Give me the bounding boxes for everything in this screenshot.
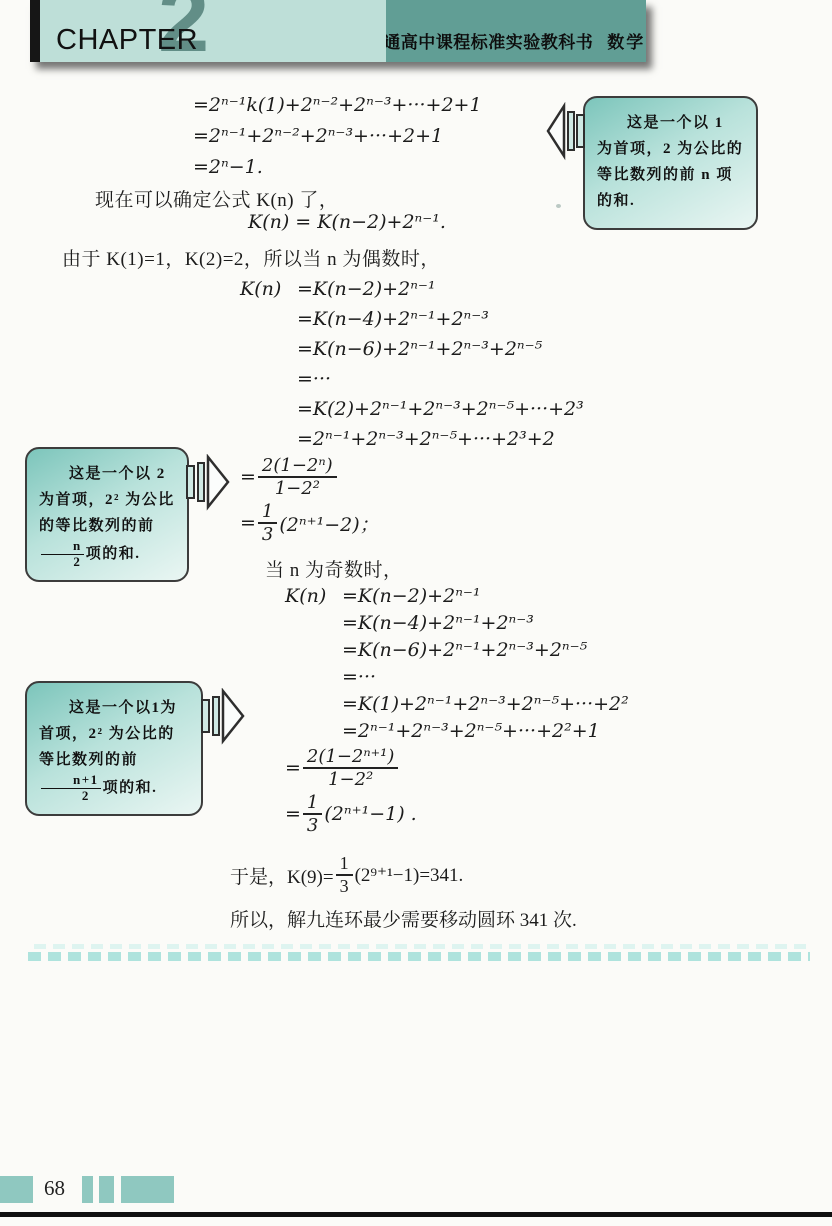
fraction-post: (2ⁿ⁺¹−2)；: [279, 510, 378, 537]
fraction-numerator: 1: [303, 792, 322, 815]
callout-box-left-2: 这是一个以1为首项，2² 为公比的等比数列的前n+12项的和.: [25, 681, 203, 816]
equation-rhs: =K(n−6)+2ⁿ⁻¹+2ⁿ⁻³+2ⁿ⁻⁵: [342, 637, 587, 664]
equals-sign: =: [240, 512, 256, 534]
fraction-numerator: 1: [336, 853, 353, 876]
fraction-denominator: 3: [336, 876, 353, 897]
footer-decor-block: [121, 1176, 174, 1203]
equation-line: K(n)=K(n−2)+2ⁿ⁻¹: [240, 274, 584, 304]
equation-line-fraction: = 13 (2ⁿ⁺¹−2)；: [240, 500, 584, 546]
footer-decor-block: [82, 1176, 93, 1203]
equation-line: =2ⁿ⁻¹+2ⁿ⁻³+2ⁿ⁻⁵+···+2³+2: [240, 424, 584, 454]
callout-arrow-right-icon: [184, 454, 232, 512]
equation-block-top: =2ⁿ⁻¹k(1)+2ⁿ⁻²+2ⁿ⁻³+···+2+1 =2ⁿ⁻¹+2ⁿ⁻²+2…: [193, 90, 482, 183]
callout-text: 这是一个以 2 为首项，2² 为公比的等比数列的前n2项的和.: [39, 461, 175, 570]
callout-text: 这是一个以1为首项，2² 为公比的等比数列的前n+12项的和.: [39, 695, 189, 804]
equals-sign: =: [240, 466, 256, 488]
conclusion-k9: 于是，K(9)= 13 (2⁹⁺¹−1)=341.: [230, 852, 463, 898]
fraction: 2(1−2ⁿ)1−2²: [258, 455, 337, 499]
paragraph-intro: 现在可以确定公式 K(n) 了，: [95, 185, 338, 212]
equation-lhs: K(n): [285, 583, 342, 610]
conclusion-final: 所以，解九连环最少需要移动圆环 341 次.: [230, 905, 577, 932]
equation-block-odd: K(n)=K(n−2)+2ⁿ⁻¹ =K(n−4)+2ⁿ⁻¹+2ⁿ⁻³ =K(n−…: [285, 583, 629, 837]
equation-rhs: =K(2)+2ⁿ⁻¹+2ⁿ⁻³+2ⁿ⁻⁵+···+2³: [297, 394, 584, 424]
fraction-post: (2ⁿ⁺¹−1) .: [324, 803, 416, 825]
equation-line: K(n)=K(n−2)+2ⁿ⁻¹: [285, 583, 629, 610]
fraction: 13: [336, 853, 353, 897]
footer-decor-block: [0, 1176, 33, 1203]
fraction: 13: [303, 792, 322, 836]
equation-line: =K(n−6)+2ⁿ⁻¹+2ⁿ⁻³+2ⁿ⁻⁵: [240, 334, 584, 364]
fraction-numerator: 1: [258, 501, 277, 524]
callout-box-left-1: 这是一个以 2 为首项，2² 为公比的等比数列的前n2项的和.: [25, 447, 189, 582]
equation-line: =K(2)+2ⁿ⁻¹+2ⁿ⁻³+2ⁿ⁻⁵+···+2³: [240, 394, 584, 424]
header-edge-bar: [30, 0, 40, 62]
subject-label: 数学: [607, 28, 645, 53]
fraction: n+12: [41, 773, 101, 804]
equation-rhs: =K(n−4)+2ⁿ⁻¹+2ⁿ⁻³: [342, 610, 534, 637]
equation-rhs: =K(n−6)+2ⁿ⁻¹+2ⁿ⁻³+2ⁿ⁻⁵: [297, 334, 542, 364]
callout-box-right: 这是一个以 1 为首项，2 为公比的等比数列的前 n 项的和.: [583, 96, 758, 230]
equation-lhs: K(n): [240, 274, 297, 304]
equals-sign: =: [285, 757, 301, 779]
equals-sign: =: [285, 803, 301, 825]
equation-line: =K(1)+2ⁿ⁻¹+2ⁿ⁻³+2ⁿ⁻⁵+···+2²: [285, 691, 629, 718]
equation-rhs: =K(n−2)+2ⁿ⁻¹: [297, 274, 436, 304]
conclusion-post: (2⁹⁺¹−1)=341.: [355, 864, 464, 887]
equation-rhs: =K(1)+2ⁿ⁻¹+2ⁿ⁻³+2ⁿ⁻⁵+···+2²: [342, 691, 629, 718]
paragraph-odd-case: 当 n 为奇数时，: [265, 555, 403, 582]
page-header: 2 CHAPTER 普通高中课程标准实验教科书 数学 5: [30, 0, 646, 62]
equation-block-even: K(n)=K(n−2)+2ⁿ⁻¹ =K(n−4)+2ⁿ⁻¹+2ⁿ⁻³ =K(n−…: [240, 274, 584, 546]
equation-line: =2ⁿ−1.: [193, 152, 482, 183]
callout-arrow-right-icon: [199, 688, 247, 746]
fraction-numerator: 2(1−2ⁿ⁺¹): [303, 746, 399, 769]
conclusion-pre: 于是，K(9)=: [230, 862, 334, 889]
fraction: 2(1−2ⁿ⁺¹)1−2²: [303, 746, 399, 790]
equation-line: =2ⁿ⁻¹+2ⁿ⁻²+2ⁿ⁻³+···+2+1: [193, 121, 482, 152]
scan-speck: [556, 204, 561, 208]
fraction: 13: [258, 501, 277, 545]
equation-line-fraction: = 2(1−2ⁿ⁺¹)1−2²: [285, 745, 629, 791]
paragraph-even-case: 由于 K(1)=1，K(2)=2，所以当 n 为偶数时，: [62, 244, 440, 271]
fraction-numerator: n: [41, 539, 84, 555]
equation-line: =K(n−6)+2ⁿ⁻¹+2ⁿ⁻³+2ⁿ⁻⁵: [285, 637, 629, 664]
footer-decor-block: [99, 1176, 114, 1203]
fraction-denominator: 2: [41, 555, 84, 570]
equation-rhs: =K(n−4)+2ⁿ⁻¹+2ⁿ⁻³: [297, 304, 489, 334]
book-title: 普通高中课程标准实验教科书: [366, 28, 594, 53]
equation-line-fraction: = 2(1−2ⁿ)1−2²: [240, 454, 584, 500]
main-recurrence-formula: K(n) = K(n−2)+2ⁿ⁻¹.: [248, 211, 446, 233]
fraction-denominator: 3: [258, 524, 277, 545]
header-chapter-panel: 2 CHAPTER: [40, 0, 386, 62]
fraction: n2: [41, 539, 84, 570]
chapter-label: CHAPTER: [56, 24, 198, 57]
page-bottom-edge: [0, 1212, 832, 1217]
callout-text: 这是一个以 1 为首项，2 为公比的等比数列的前 n 项的和.: [597, 110, 744, 214]
header-title-panel: 普通高中课程标准实验教科书 数学 5: [386, 0, 646, 62]
equation-line: =···: [240, 364, 584, 394]
equation-line: =K(n−4)+2ⁿ⁻¹+2ⁿ⁻³: [240, 304, 584, 334]
equation-line-fraction: = 13 (2ⁿ⁺¹−1) .: [285, 791, 629, 837]
textbook-page: 2 CHAPTER 普通高中课程标准实验教科书 数学 5 =2ⁿ⁻¹k(1)+2…: [0, 0, 832, 1226]
equation-line: =2ⁿ⁻¹k(1)+2ⁿ⁻²+2ⁿ⁻³+···+2+1: [193, 90, 482, 121]
fraction-denominator: 1−2²: [258, 478, 337, 499]
fraction-numerator: 2(1−2ⁿ): [258, 455, 337, 478]
equation-rhs: =···: [297, 364, 331, 394]
decorative-dashed-strip: [28, 944, 810, 964]
equation-rhs: =2ⁿ⁻¹+2ⁿ⁻³+2ⁿ⁻⁵+···+2³+2: [297, 424, 555, 454]
fraction-denominator: 3: [303, 815, 322, 836]
equation-line: =2ⁿ⁻¹+2ⁿ⁻³+2ⁿ⁻⁵+···+2²+1: [285, 718, 629, 745]
equation-rhs: =K(n−2)+2ⁿ⁻¹: [342, 583, 481, 610]
fraction-denominator: 1−2²: [303, 769, 399, 790]
fraction-numerator: n+1: [41, 773, 101, 789]
equation-line: =K(n−4)+2ⁿ⁻¹+2ⁿ⁻³: [285, 610, 629, 637]
callout-arrow-left-icon: [544, 102, 588, 162]
fraction-denominator: 2: [41, 789, 101, 804]
equation-rhs: =···: [342, 664, 376, 691]
page-number: 68: [44, 1176, 65, 1201]
equation-line: =···: [285, 664, 629, 691]
equation-rhs: =2ⁿ⁻¹+2ⁿ⁻³+2ⁿ⁻⁵+···+2²+1: [342, 718, 600, 745]
